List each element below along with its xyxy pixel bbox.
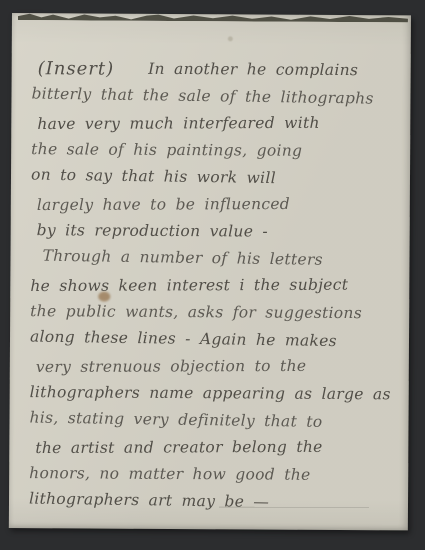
handwriting-line: Through a number of his letters xyxy=(42,243,397,275)
handwriting-line: lithographers art may be — xyxy=(29,486,396,518)
handwriting-line: on to say that his work will xyxy=(31,162,398,194)
handwriting-line: honors, no matter how good the xyxy=(29,460,396,489)
handwriting-line: the sale of his paintings, going xyxy=(31,136,398,165)
handwriting-line: lithographers name appearing as large as xyxy=(30,379,397,408)
handwritten-text-block: (Insert) In another he complains bitterl… xyxy=(29,55,399,516)
handwriting-line: the public wants, asks for suggestions xyxy=(30,298,397,327)
insert-annotation: (Insert) xyxy=(38,55,115,82)
handwriting-line: he shows keen interest i the subject xyxy=(30,271,397,300)
letter-page: (Insert) In another he complains bitterl… xyxy=(9,13,411,530)
handwriting-line: largely have to be influenced xyxy=(37,190,398,219)
handwriting-line: along these lines - Again he makes xyxy=(30,324,397,356)
handwriting-line-text: In another he complains xyxy=(148,56,358,84)
handwriting-line: by its reproduction value - xyxy=(37,217,398,246)
handwriting-line: the artist and creator belong the xyxy=(35,433,396,462)
handwriting-line: bitterly that the sale of the lithograph… xyxy=(31,81,398,113)
handwriting-line: (Insert) In another he complains xyxy=(38,55,399,84)
torn-paper-edge xyxy=(18,13,408,22)
photo-background: (Insert) In another he complains bitterl… xyxy=(0,0,425,550)
handwriting-line: have very much interfeared with xyxy=(37,109,398,138)
handwriting-line: his, stating very definitely that to xyxy=(29,405,396,437)
handwriting-line: very strenuous objection to the xyxy=(36,352,397,381)
paper-blemish xyxy=(228,36,233,41)
